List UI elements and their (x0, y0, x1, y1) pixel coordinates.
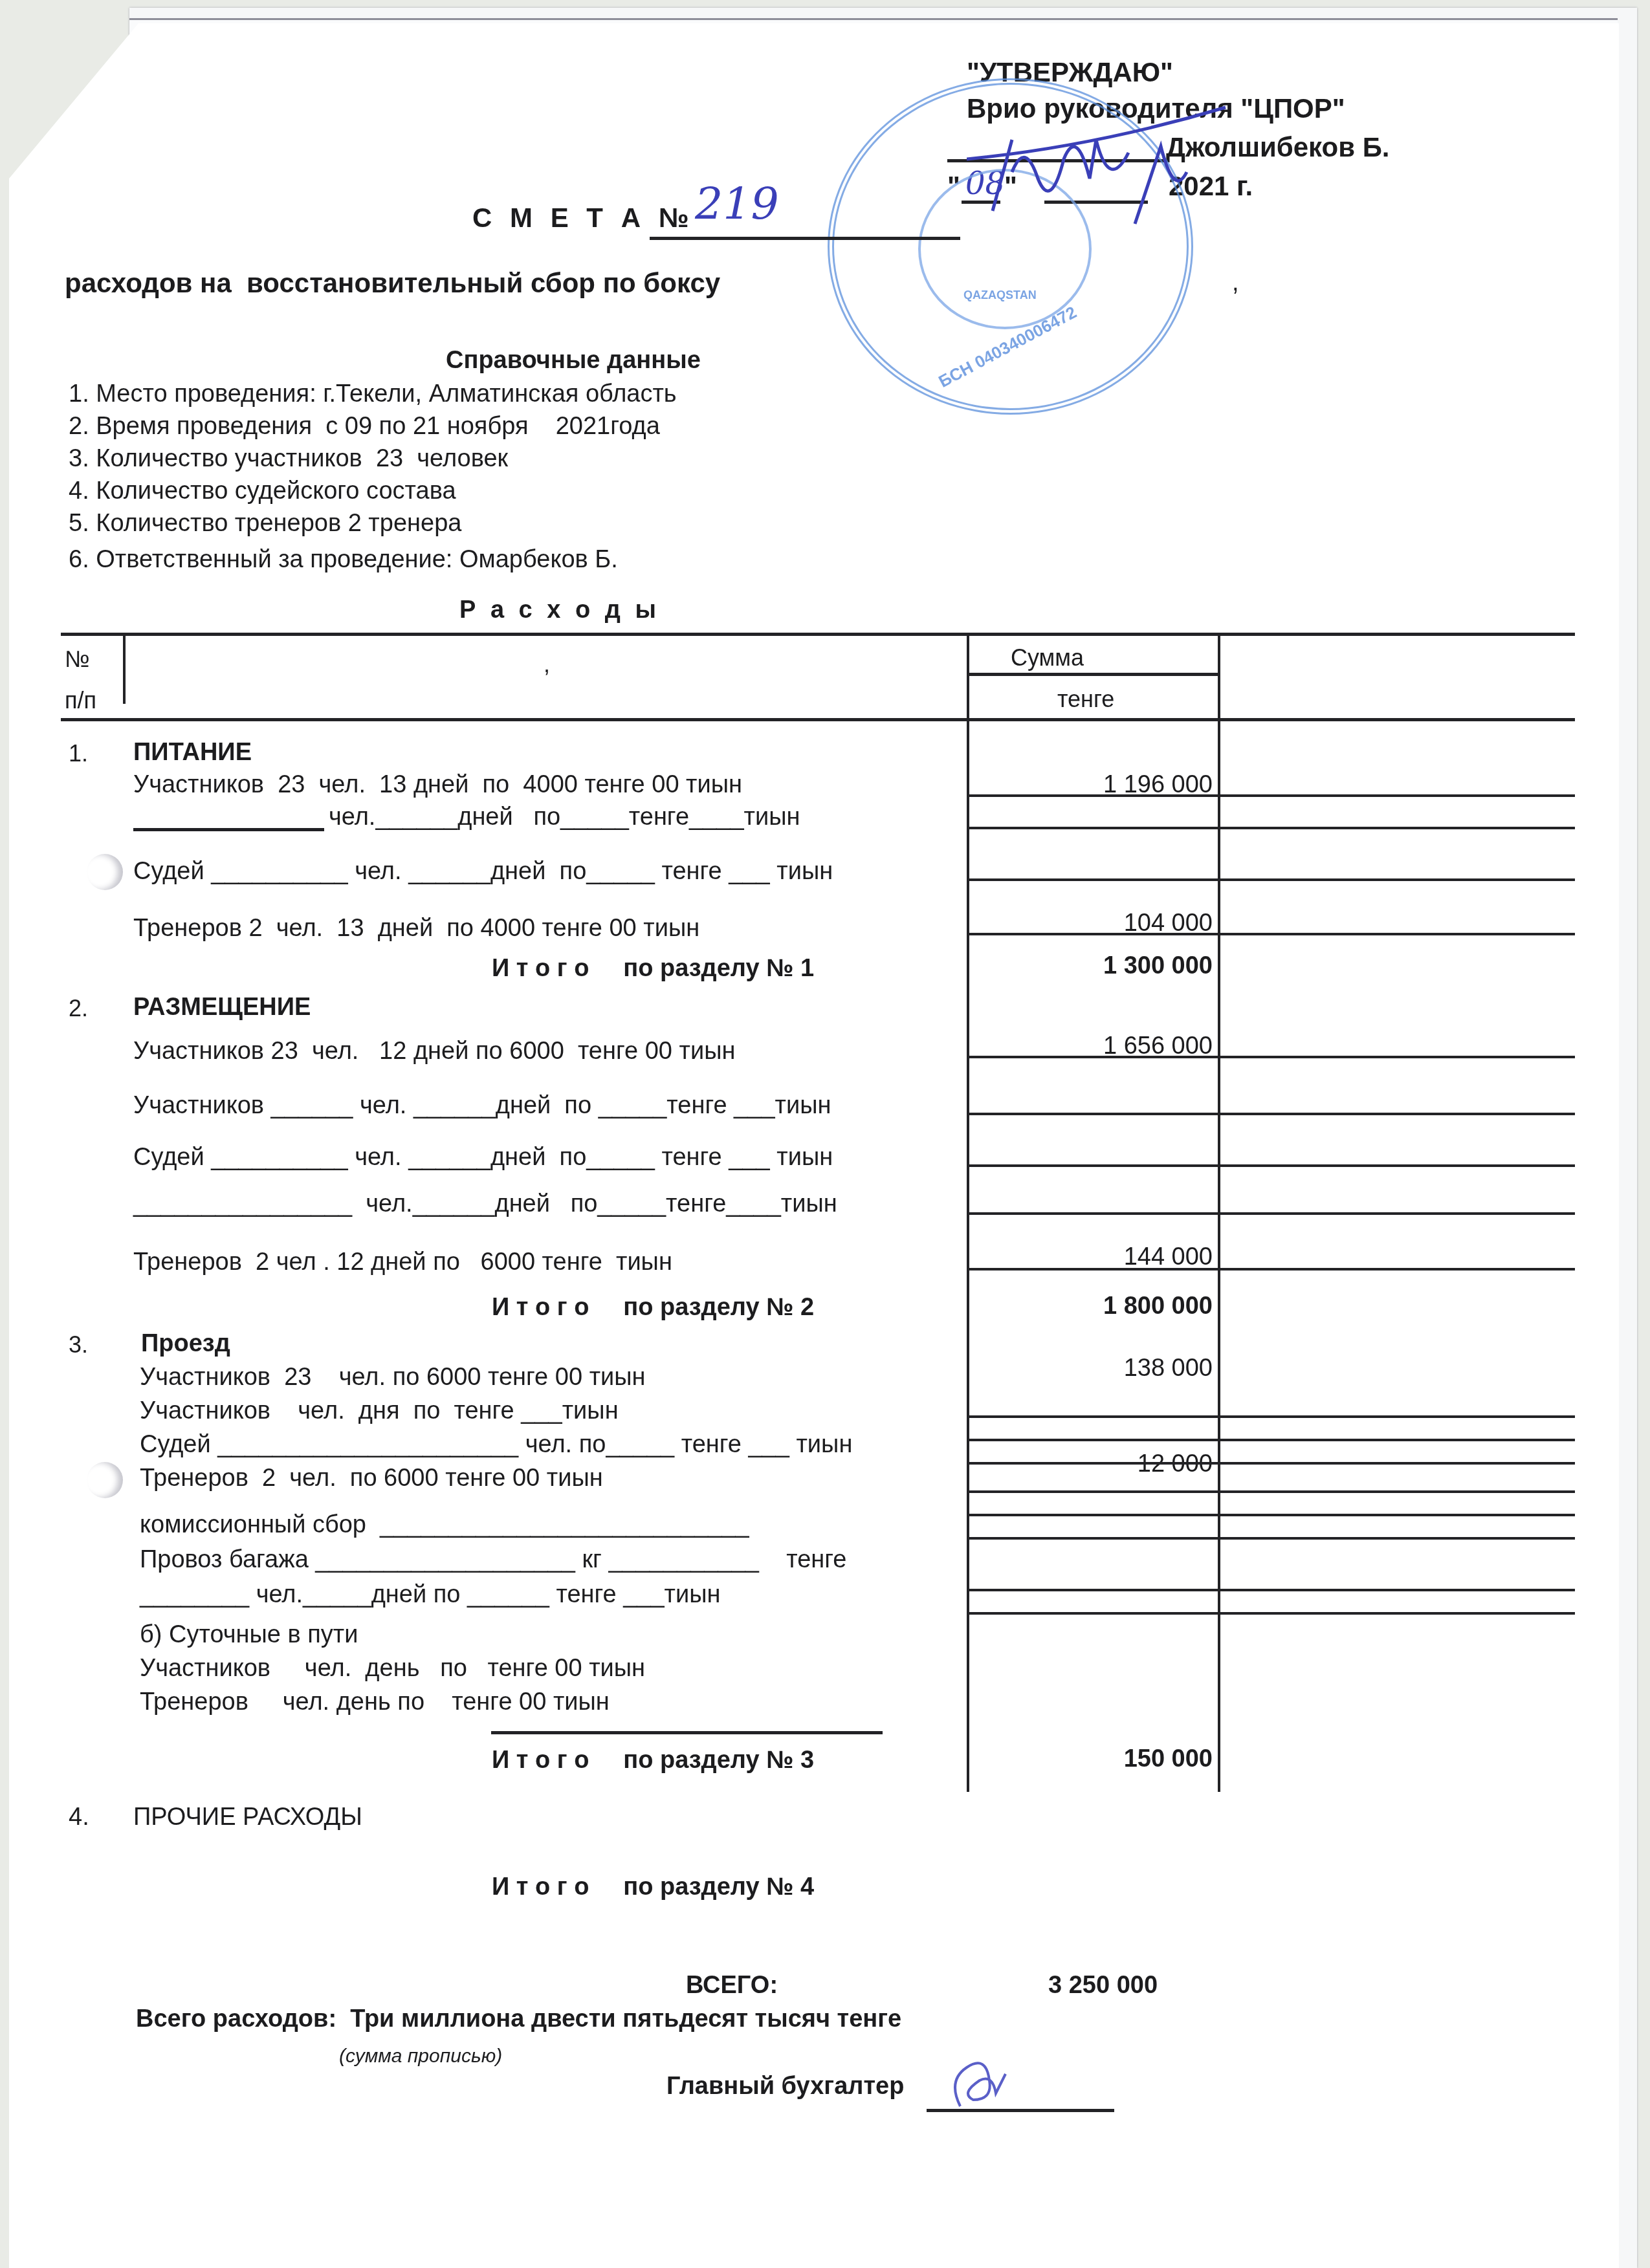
total-in-words-caption: (сумма прописью) (339, 2045, 502, 2067)
table-header-bottom-border (61, 718, 1575, 721)
estimate-number-line (650, 237, 960, 240)
line-item: Участников ______ чел. ______дней по ___… (133, 1092, 831, 1120)
row-border (967, 1415, 1575, 1418)
col-sum-unit: тенге (1057, 686, 1114, 713)
line-item: Участников чел. день по тенге 00 тиын (140, 1655, 645, 1683)
total-rule (491, 1731, 883, 1734)
row-border (967, 1612, 1575, 1615)
line-item: Тренеров 2 чел. 13 дней по 4000 тенге 00… (133, 915, 699, 943)
row-border (967, 1537, 1575, 1540)
row-border (967, 878, 1575, 881)
row-border (967, 1439, 1575, 1441)
row-border (967, 1490, 1575, 1493)
punch-hole-mark (87, 854, 123, 890)
row-border (967, 1113, 1575, 1115)
row-border (967, 827, 1575, 829)
section-total-label: И т о г о по разделу № 3 (492, 1747, 814, 1774)
line-item: Судей ______________________ чел. по____… (140, 1431, 852, 1459)
estimate-number-handwritten: 219 (695, 179, 779, 230)
stray-comma: , (1232, 269, 1239, 297)
line-item: Участников чел. дня по тенге ___тиын (140, 1397, 619, 1425)
row-border (967, 1212, 1575, 1215)
section-total: 150 000 (967, 1745, 1213, 1773)
section-total-label: И т о г о по разделу № 1 (492, 955, 814, 983)
line-amount: 138 000 (967, 1355, 1213, 1382)
sum-header-divider (967, 673, 1219, 676)
reference-item: 5. Количество тренеров 2 тренера (69, 510, 461, 538)
chief-accountant-label: Главный бухгалтер (666, 2073, 904, 2100)
section-total: 1 300 000 (967, 952, 1213, 980)
grand-total-label: ВСЕГО: (686, 1972, 778, 2000)
section-title: ПРОЧИЕ РАСХОДЫ (133, 1804, 362, 1831)
document-page: "УТВЕРЖДАЮ" Врио руководителя "ЦПОР" Джо… (9, 23, 1619, 2268)
row-border (967, 1268, 1575, 1270)
line-item: ________________ чел.______дней по_____т… (133, 1190, 837, 1218)
punch-hole-mark (87, 1462, 123, 1498)
stamp-center: QAZAQSTAN (963, 289, 1037, 302)
num-col-divider (123, 634, 126, 704)
section-num: 3. (69, 1331, 88, 1358)
line-item: комиссионный сбор ______________________… (140, 1511, 749, 1539)
section-num: 4. (69, 1804, 89, 1831)
line-item: Участников 23 чел. по 6000 тенге 00 тиын (140, 1364, 646, 1391)
estimate-subtitle: расходов на восстановительный сбор по бо… (65, 268, 720, 299)
line-item: Провоз багажа ___________________ кг ___… (140, 1546, 846, 1574)
row-border (967, 1462, 1575, 1465)
row-border (967, 1164, 1575, 1167)
estimate-title: С М Е Т А № (472, 202, 694, 234)
col-num-header-2: п/п (65, 687, 96, 714)
line-amount: 144 000 (967, 1243, 1213, 1271)
line-item: Участников 23 чел. 12 дней по 6000 тенге… (133, 1038, 735, 1065)
section-num: 2. (69, 995, 88, 1022)
line-item: Судей __________ чел. ______дней по_____… (133, 858, 833, 886)
line-item: чел.______дней по_____тенге____тиын (329, 803, 800, 831)
section-total-label: И т о г о по разделу № 4 (492, 1873, 814, 1901)
accountant-signature-icon (941, 2055, 1012, 2113)
section-total-label: И т о г о по разделу № 2 (492, 1294, 814, 1322)
row-border (967, 933, 1575, 935)
total-in-words: Всего расходов: Три миллиона двести пять… (136, 2005, 901, 2033)
reference-item: 2. Время проведения с 09 по 21 ноября 20… (69, 413, 660, 441)
section-title: ПИТАНИЕ (133, 739, 252, 767)
line-item: Тренеров 2 чел. по 6000 тенге 00 тиын (140, 1465, 603, 1492)
row-border (967, 1056, 1575, 1058)
row-border (967, 794, 1575, 797)
expenses-title: Р а с х о д ы (459, 596, 660, 624)
line-item: Участников 23 чел. 13 дней по 4000 тенге… (133, 771, 742, 799)
line-item: ________ чел._____дней по ______ тенге _… (140, 1581, 721, 1609)
blank-field (133, 803, 324, 831)
row-border (967, 1589, 1575, 1591)
reference-item: 6. Ответственный за проведение: Омарбеко… (69, 546, 618, 574)
reference-title: Справочные данные (446, 347, 701, 375)
line-item: Тренеров чел. день по тенге 00 тиын (140, 1688, 610, 1716)
line-item: Тренеров 2 чел . 12 дней по 6000 тенге т… (133, 1248, 672, 1276)
grand-total: 3 250 000 (1048, 1972, 1158, 2000)
signature-icon (967, 101, 1238, 230)
line-item: б) Суточные в пути (140, 1621, 358, 1649)
reference-item: 3. Количество участников 23 человек (69, 445, 508, 473)
section-num: 1. (69, 740, 88, 767)
row-border (967, 1514, 1575, 1516)
line-item: Судей __________ чел. ______дней по_____… (133, 1144, 833, 1172)
section-total: 1 800 000 (967, 1292, 1213, 1320)
section-title: Проезд (141, 1330, 230, 1358)
reference-item: 1. Место проведения: г.Текели, Алматинск… (69, 380, 677, 408)
col-desc-mark: , (544, 651, 550, 678)
reference-item: 4. Количество судейского состава (69, 477, 456, 505)
col-num-header: № (65, 646, 90, 673)
col-sum-header: Сумма (1011, 644, 1084, 671)
section-title: РАЗМЕЩЕНИЕ (133, 994, 311, 1021)
table-top-border (61, 633, 1575, 636)
